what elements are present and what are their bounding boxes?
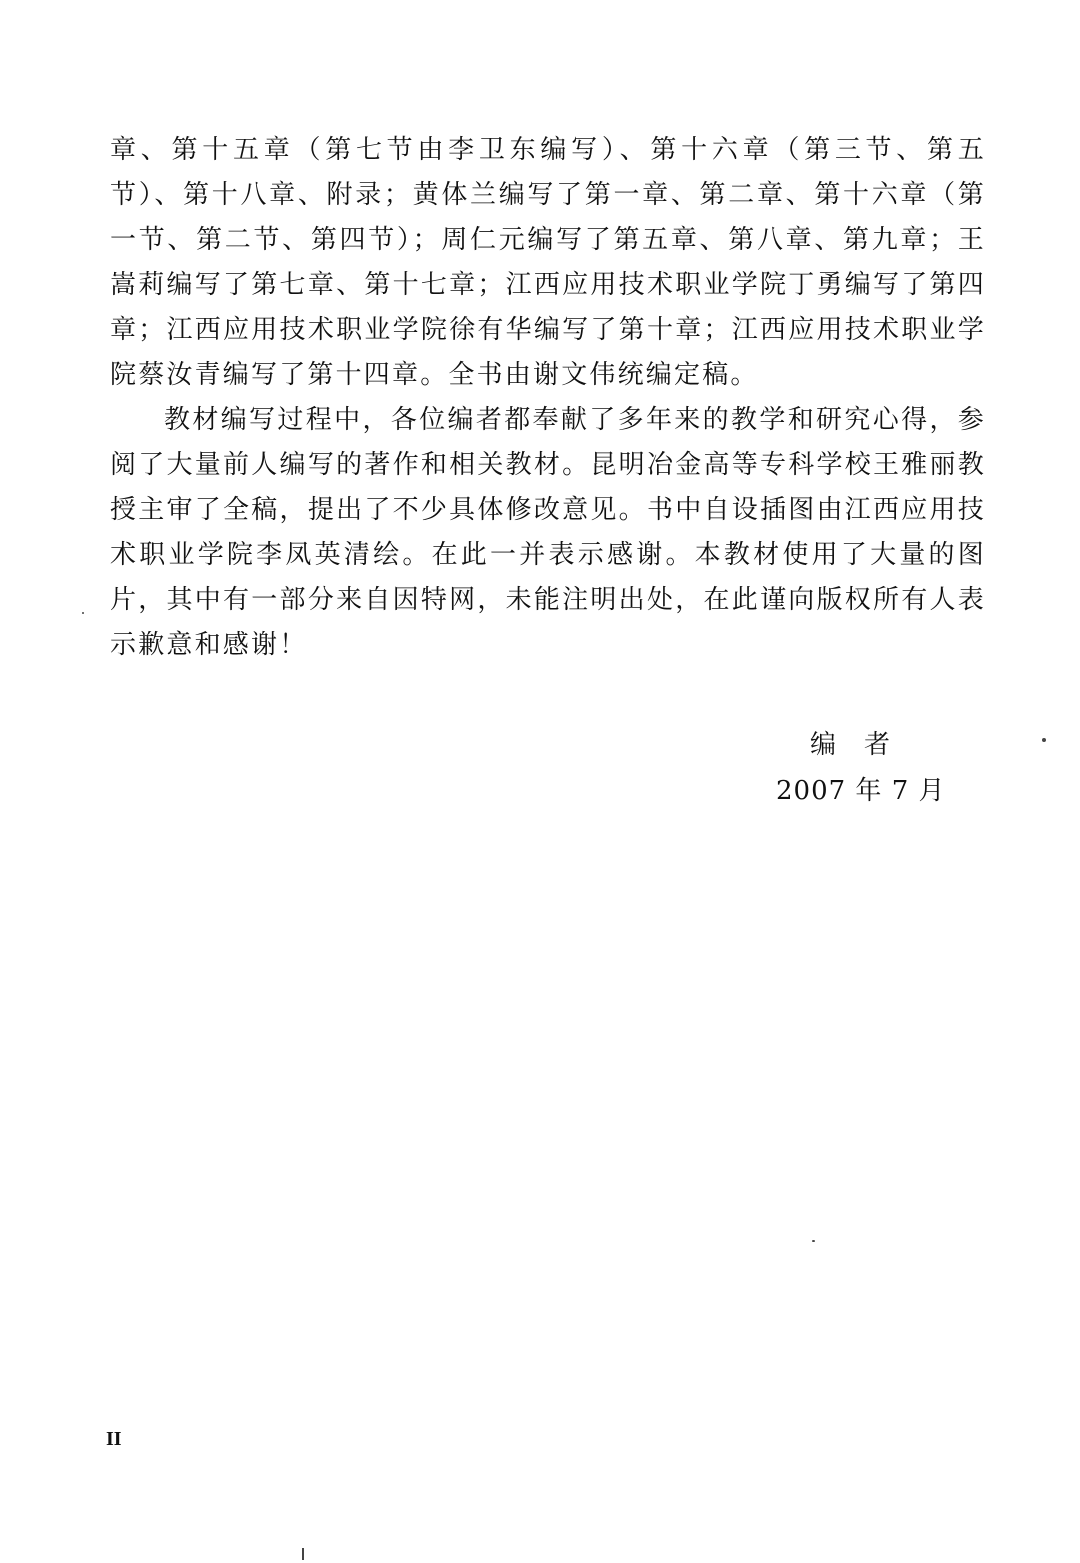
signature-block: 编者 2007 年 7 月 bbox=[776, 722, 946, 814]
signature-author: 编者 bbox=[776, 722, 946, 768]
scan-speck bbox=[82, 612, 84, 614]
page-number: II bbox=[106, 1428, 122, 1451]
scan-speck bbox=[1042, 738, 1046, 742]
scan-speck bbox=[302, 1548, 304, 1560]
preface-body: 章、第十五章（第七节由李卫东编写）、第十六章（第三节、第五节）、第十八章、附录；… bbox=[110, 128, 986, 668]
paragraph-continued: 章、第十五章（第七节由李卫东编写）、第十六章（第三节、第五节）、第十八章、附录；… bbox=[110, 128, 986, 398]
scan-speck bbox=[812, 1240, 815, 1242]
document-page: 章、第十五章（第七节由李卫东编写）、第十六章（第三节、第五节）、第十八章、附录；… bbox=[0, 0, 1080, 1563]
paragraph-acknowledgements: 教材编写过程中，各位编者都奉献了多年来的教学和研究心得，参阅了大量前人编写的著作… bbox=[110, 398, 986, 668]
signature-date: 2007 年 7 月 bbox=[776, 768, 946, 814]
